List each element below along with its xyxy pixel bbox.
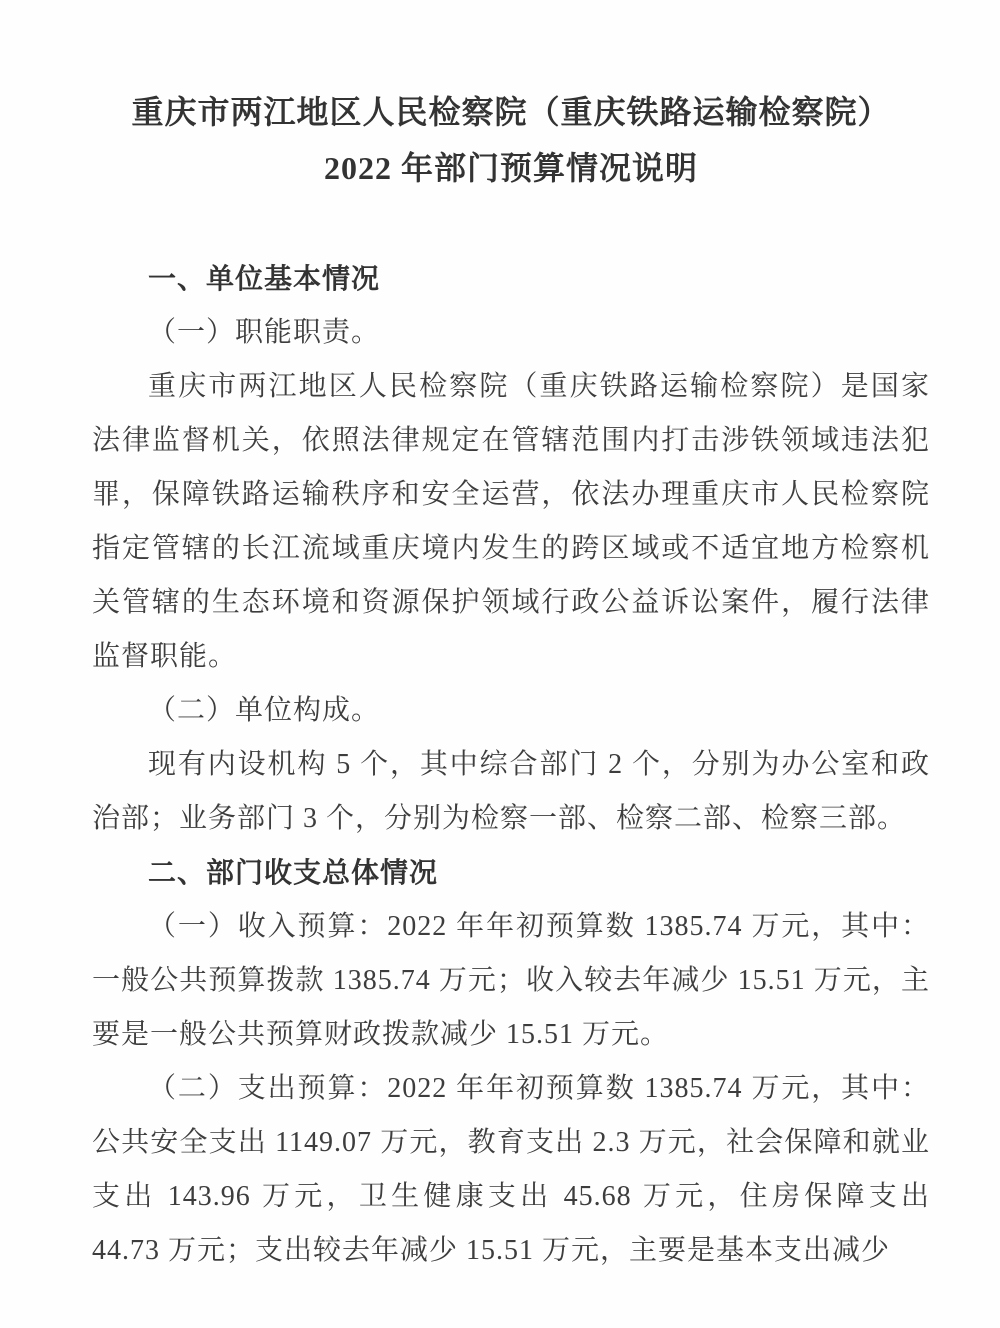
section-heading-1: 一、单位基本情况 (92, 252, 930, 306)
subsection-heading-1-2: （二）单位构成。 (92, 684, 930, 738)
paragraph-functions-duties: 重庆市两江地区人民检察院（重庆铁路运输检察院）是国家法律监督机关，依照法律规定在… (92, 360, 930, 684)
paragraph-expenditure-budget: （二）支出预算：2022 年年初预算数 1385.74 万元，其中：公共安全支出… (92, 1062, 930, 1278)
document-page: 重庆市两江地区人民检察院（重庆铁路运输检察院） 2022 年部门预算情况说明 一… (0, 0, 1000, 1328)
paragraph-income-budget: （一）收入预算：2022 年年初预算数 1385.74 万元，其中：一般公共预算… (92, 900, 930, 1062)
section-heading-2: 二、部门收支总体情况 (92, 846, 930, 900)
document-title-line-2: 2022 年部门预算情况说明 (92, 140, 930, 196)
document-title-line-1: 重庆市两江地区人民检察院（重庆铁路运输检察院） (92, 84, 930, 140)
subsection-heading-1-1: （一）职能职责。 (92, 306, 930, 360)
paragraph-unit-composition: 现有内设机构 5 个，其中综合部门 2 个，分别为办公室和政治部；业务部门 3 … (92, 738, 930, 846)
document-title: 重庆市两江地区人民检察院（重庆铁路运输检察院） 2022 年部门预算情况说明 (92, 84, 930, 196)
